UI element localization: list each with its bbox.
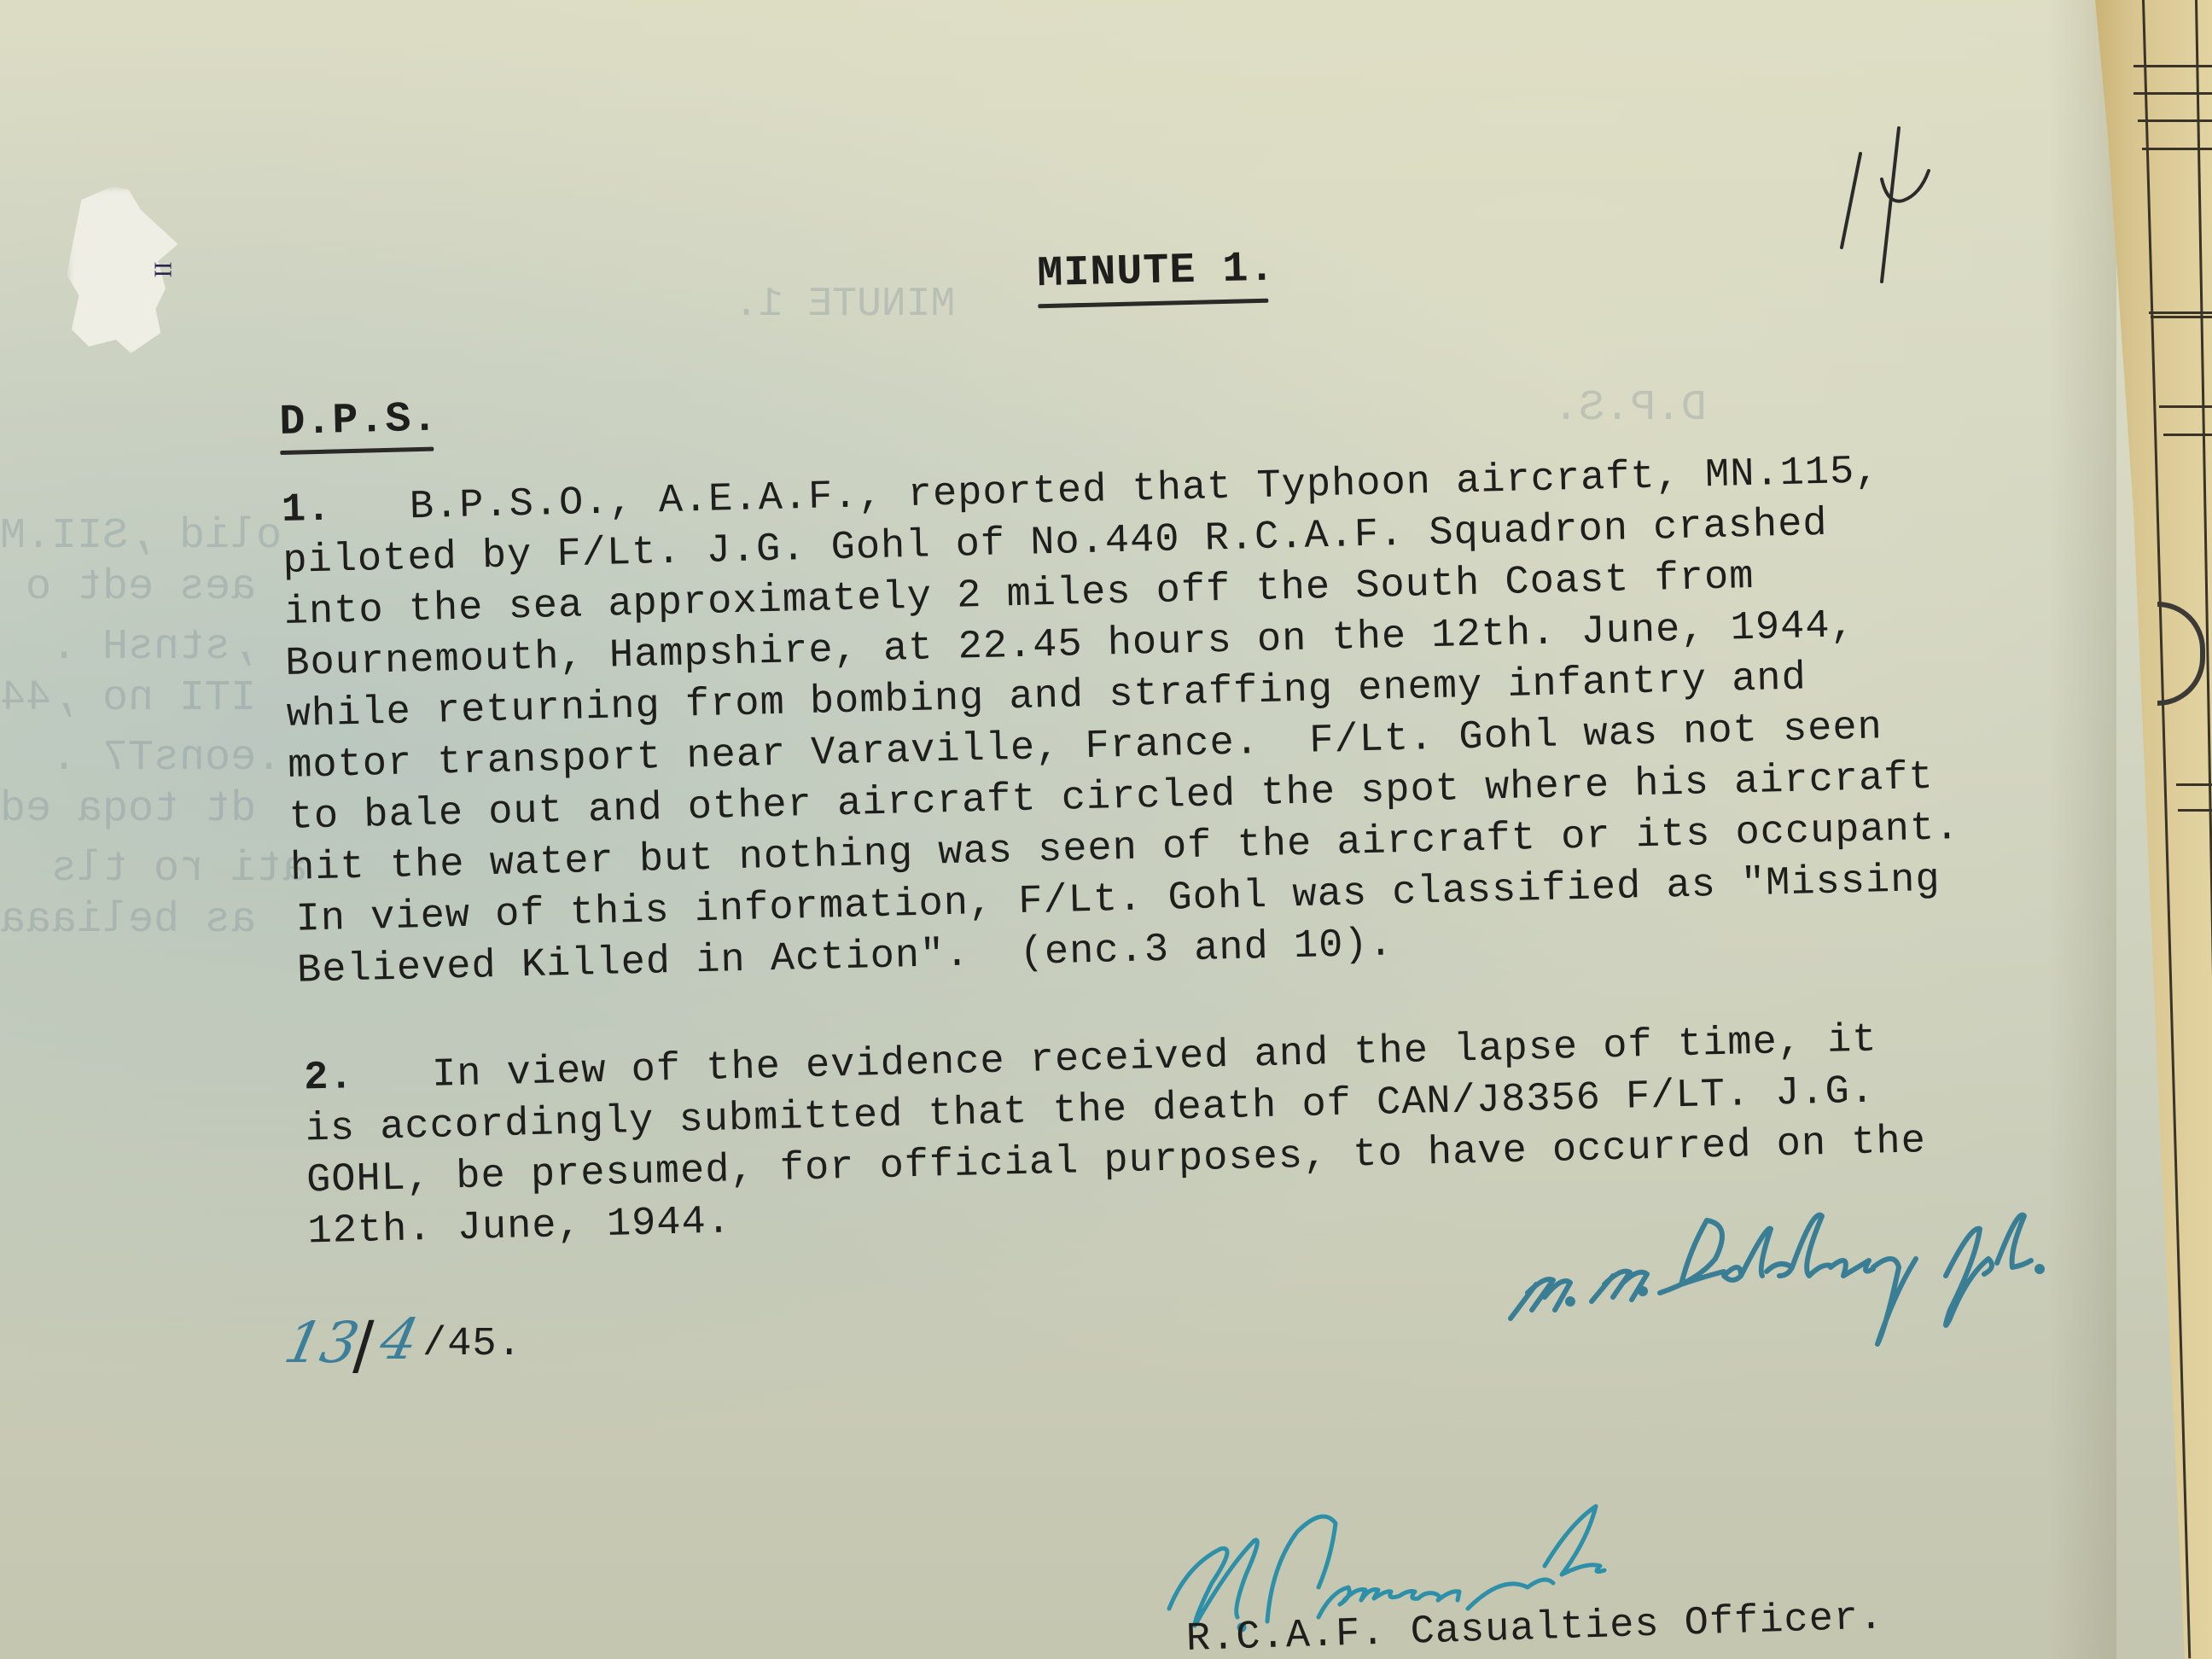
- ledger-rule: [2178, 809, 2212, 812]
- signature-goldberg: [1485, 1190, 2108, 1361]
- paragraph-2-line: 12th. June, 1944.: [307, 1199, 732, 1254]
- ledger-rule: [2138, 119, 2212, 122]
- ledger-rule: [2195, 0, 2212, 1659]
- ledger-rule: [2151, 316, 2212, 318]
- minute-heading: MINUTE 1.: [1037, 244, 1276, 299]
- ledger-rule: [2133, 92, 2212, 95]
- addressee-underline: [280, 447, 434, 455]
- ledger-rule: [2163, 434, 2212, 436]
- ledger-rule: [2159, 405, 2212, 408]
- addressee: D.P.S.: [279, 394, 439, 447]
- document-page: MINUTE 1. D.P.S. olid ,SII.M aes edt o ,…: [0, 0, 2212, 1659]
- ledger-rule: [2176, 783, 2212, 786]
- paragraph-2-number: 2.: [304, 1055, 355, 1101]
- heading-underline: [1038, 299, 1268, 309]
- date-year: /45.: [422, 1322, 522, 1367]
- paragraph-1-number: 1.: [281, 487, 332, 533]
- ledger-rule: [2133, 65, 2212, 67]
- typed-content: MINUTE 1. D.P.S. 1. B.P.S.O., A.E.A.F., …: [0, 0, 2212, 1659]
- ledger-rule: [2149, 311, 2212, 314]
- date-slash: /: [352, 1307, 375, 1382]
- ledger-rule: [2142, 148, 2212, 150]
